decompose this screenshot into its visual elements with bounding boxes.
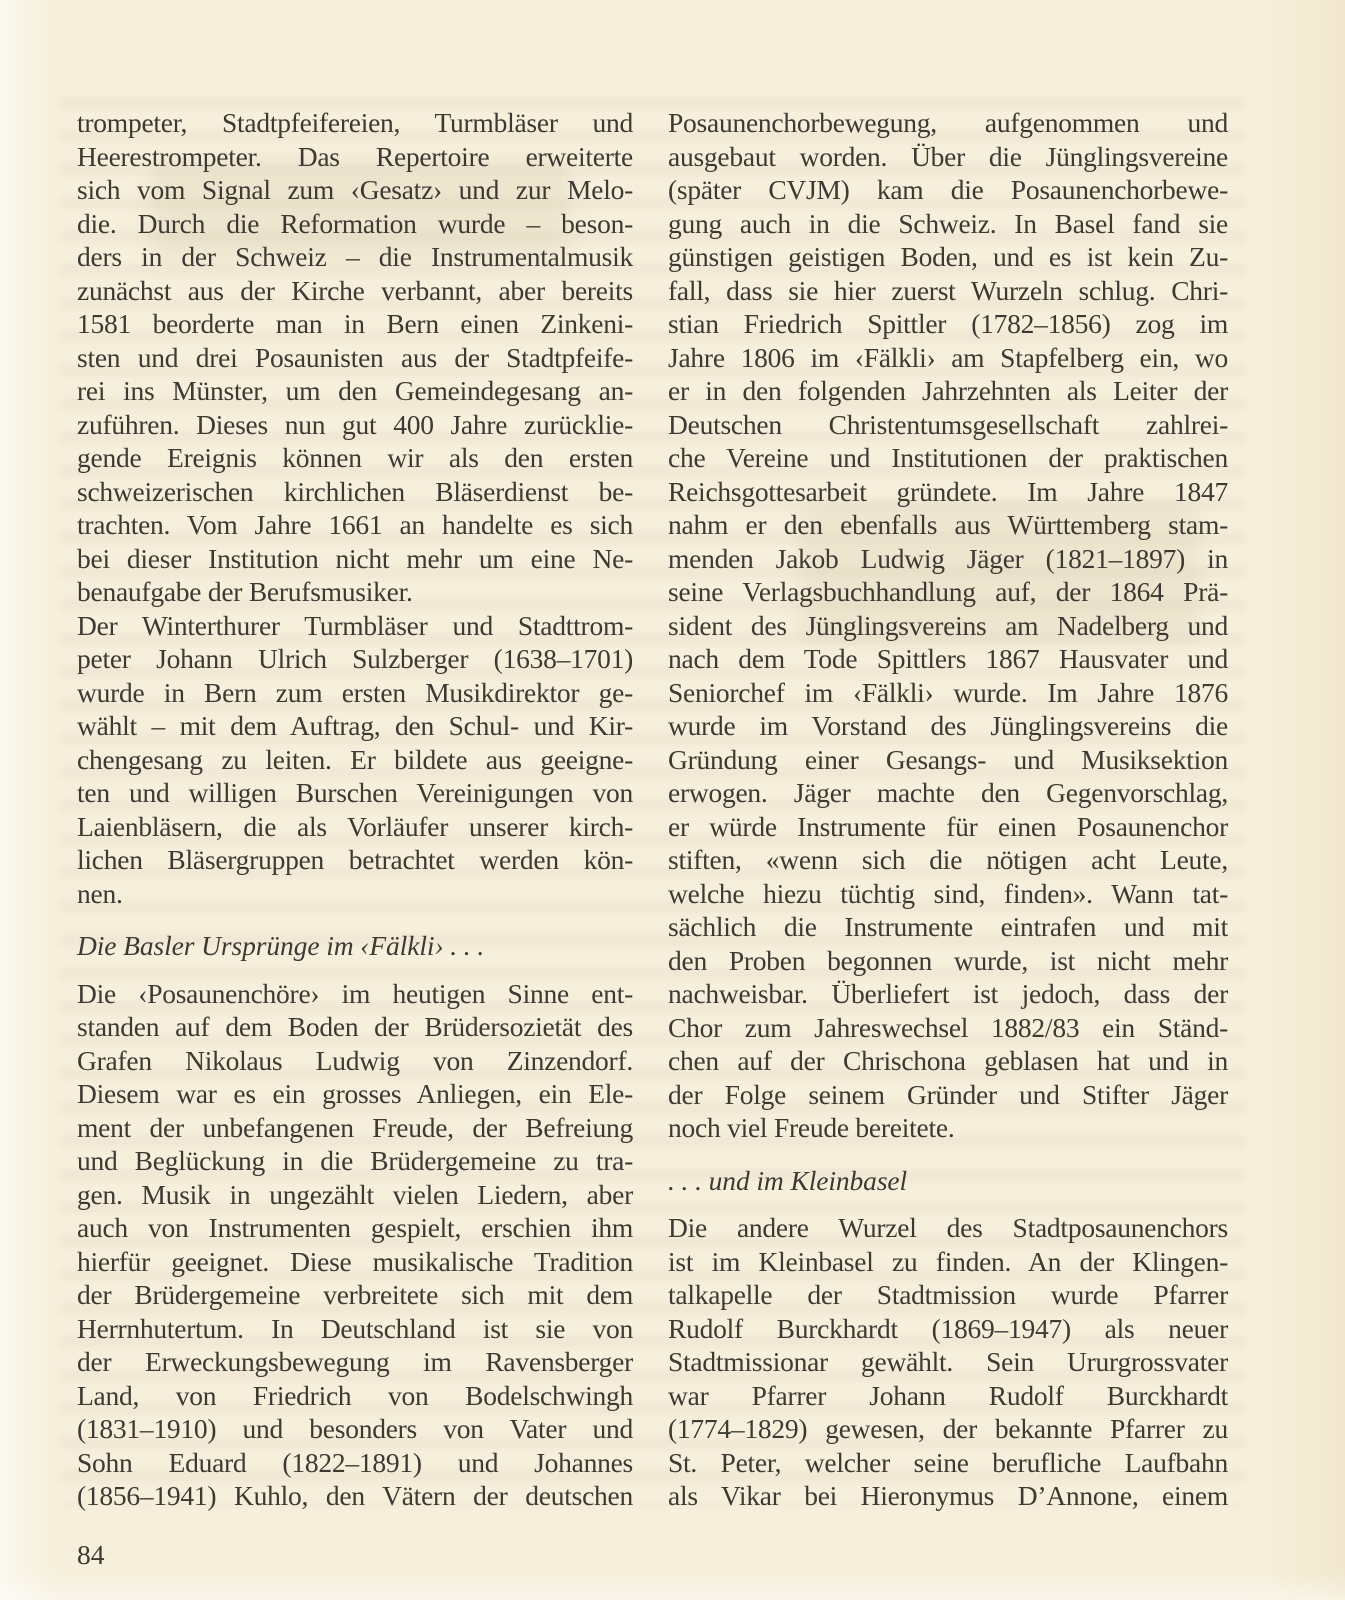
scanned-book-page: { "page": { "number": "84" }, "columns":…: [0, 0, 1345, 1600]
text-line: der Folge seinem Gründer und Stifter Jäg…: [668, 1078, 1228, 1112]
scan-edge-shading-right: [1255, 0, 1345, 1600]
scan-edge-shading-bottom: [0, 1572, 1345, 1600]
text-line: Land, von Friedrich von Bodelschwingh: [77, 1379, 633, 1413]
text-line: Rudolf Burckhardt (1869–1947) als neuer: [668, 1312, 1228, 1346]
text-line: Seniorchef im ‹Fälkli› wurde. Im Jahre 1…: [668, 676, 1228, 710]
text-line: Diesem war es ein grosses Anliegen, ein …: [77, 1077, 633, 1111]
text-line: fall, dass sie hier zuerst Wurzeln schlu…: [668, 274, 1228, 308]
text-line: (1831–1910) und besonders von Vater und: [77, 1412, 633, 1446]
text-line: seine Verlagsbuchhandlung auf, der 1864 …: [668, 575, 1228, 609]
text-line: schweizerischen kirchlichen Bläserdienst…: [77, 475, 633, 509]
text-line: erwogen. Jäger machte den Gegenvorschlag…: [668, 776, 1228, 810]
text-line: sich vom Signal zum ‹Gesatz› und zur Mel…: [77, 173, 633, 207]
text-line: che Vereine und Institutionen der prakti…: [668, 441, 1228, 475]
text-line: wurde im Vorstand des Jünglingsvereins d…: [668, 709, 1228, 743]
right-column: Posaunenchorbewegung, aufgenommen undaus…: [668, 106, 1228, 1513]
text-line: rei ins Münster, um den Gemeindegesang a…: [77, 374, 633, 408]
text-line: der Erweckungsbewegung im Ravensberger: [77, 1345, 633, 1379]
text-line: zunächst aus der Kirche verbannt, aber b…: [77, 274, 633, 308]
scan-edge-shading-left: [0, 0, 55, 1600]
text-line: peter Johann Ulrich Sulzberger (1638–170…: [77, 642, 633, 676]
text-line: stian Friedrich Spittler (1782–1856) zog…: [668, 307, 1228, 341]
text-line: ment der unbefangenen Freude, der Befrei…: [77, 1111, 633, 1145]
text-line: günstigen geistigen Boden, und es ist ke…: [668, 240, 1228, 274]
text-line: Chor zum Jahreswechsel 1882/83 ein Ständ…: [668, 1011, 1228, 1045]
text-line: er würde Instrumente für einen Posaunenc…: [668, 810, 1228, 844]
text-line: nach dem Tode Spittlers 1867 Hausvater u…: [668, 642, 1228, 676]
text-line: stiften, «wenn sich die nötigen acht Leu…: [668, 843, 1228, 877]
text-line: Posaunenchorbewegung, aufgenommen und: [668, 106, 1228, 140]
text-line: (später CVJM) kam die Posaunenchorbewe-: [668, 173, 1228, 207]
text-line: bei dieser Institution nicht mehr um ein…: [77, 542, 633, 576]
left-column: trompeter, Stadtpfeifereien, Turmbläser …: [77, 106, 633, 1513]
text-line: gende Ereignis können wir als den ersten: [77, 441, 633, 475]
text-line: war Pfarrer Johann Rudolf Burckhardt: [668, 1379, 1228, 1413]
text-line: zuführen. Dieses nun gut 400 Jahre zurüc…: [77, 408, 633, 442]
text-line: nachweisbar. Überliefert ist jedoch, das…: [668, 977, 1228, 1011]
text-line: Heerestrompeter. Das Repertoire erweiter…: [77, 140, 633, 174]
text-line: ist im Kleinbasel zu finden. An der Klin…: [668, 1245, 1228, 1279]
text-line: wurde in Bern zum ersten Musikdirektor g…: [77, 676, 633, 710]
text-line: Laienbläsern, die als Vorläufer unserer …: [77, 810, 633, 844]
text-line: auch von Instrumenten gespielt, erschien…: [77, 1211, 633, 1245]
text-line: Sohn Eduard (1822–1891) und Johannes: [77, 1446, 633, 1480]
text-line: wählt – mit dem Auftrag, den Schul- und …: [77, 709, 633, 743]
text-line: sten und drei Posaunisten aus der Stadtp…: [77, 341, 633, 375]
text-line: trompeter, Stadtpfeifereien, Turmbläser …: [77, 106, 633, 140]
text-line: Stadtmissionar gewählt. Sein Ururgrossva…: [668, 1345, 1228, 1379]
text-line: der Brüdergemeine verbreitete sich mit d…: [77, 1278, 633, 1312]
section-heading: . . . und im Kleinbasel: [668, 1164, 1228, 1198]
text-line: lichen Bläsergruppen betrachtet werden k…: [77, 843, 633, 877]
text-line: als Vikar bei Hieronymus D’Annone, einem: [668, 1479, 1228, 1513]
text-line: nen.: [77, 877, 633, 911]
text-line: chen auf der Chrischona geblasen hat und…: [668, 1044, 1228, 1078]
text-line: Der Winterthurer Turmbläser und Stadttro…: [77, 609, 633, 643]
text-line: (1856–1941) Kuhlo, den Vätern der deutsc…: [77, 1479, 633, 1513]
text-line: die. Durch die Reformation wurde – beson…: [77, 207, 633, 241]
text-line: talkapelle der Stadtmission wurde Pfarre…: [668, 1278, 1228, 1312]
text-line: Gründung einer Gesangs- und Musiksektion: [668, 743, 1228, 777]
text-line: ders in der Schweiz – die Instrumentalmu…: [77, 240, 633, 274]
page-number: 84: [77, 1538, 105, 1572]
text-line: und Beglückung in die Brüdergemeine zu t…: [77, 1144, 633, 1178]
text-line: nahm er den ebenfalls aus Württemberg st…: [668, 508, 1228, 542]
text-line: welche hiezu tüchtig sind, finden». Wann…: [668, 877, 1228, 911]
text-line: Reichsgottesarbeit gründete. Im Jahre 18…: [668, 475, 1228, 509]
text-line: er in den folgenden Jahrzehnten als Leit…: [668, 374, 1228, 408]
text-line: Die ‹Posaunenchöre› im heutigen Sinne en…: [77, 977, 633, 1011]
text-line: St. Peter, welcher seine berufliche Lauf…: [668, 1446, 1228, 1480]
text-line: hierfür geeignet. Diese musikalische Tra…: [77, 1245, 633, 1279]
text-line: standen auf dem Boden der Brüdersozietät…: [77, 1010, 633, 1044]
text-line: Herrnhutertum. In Deutschland ist sie vo…: [77, 1312, 633, 1346]
section-heading: Die Basler Ursprünge im ‹Fälkli› . . .: [77, 929, 633, 963]
text-line: trachten. Vom Jahre 1661 an handelte es …: [77, 508, 633, 542]
text-line: ausgebaut worden. Über die Jünglingsvere…: [668, 140, 1228, 174]
text-line: sächlich die Instrumente eintrafen und m…: [668, 910, 1228, 944]
text-line: noch viel Freude bereitete.: [668, 1111, 1228, 1145]
text-line: Die andere Wurzel des Stadtposaunenchors: [668, 1211, 1228, 1245]
text-line: benaufgabe der Berufsmusiker.: [77, 575, 633, 609]
text-line: gung auch in die Schweiz. In Basel fand …: [668, 207, 1228, 241]
text-line: gen. Musik in ungezählt vielen Liedern, …: [77, 1178, 633, 1212]
text-line: Grafen Nikolaus Ludwig von Zinzendorf.: [77, 1044, 633, 1078]
text-line: ten und willigen Burschen Vereinigungen …: [77, 776, 633, 810]
text-line: menden Jakob Ludwig Jäger (1821–1897) in: [668, 542, 1228, 576]
text-line: Deutschen Christentumsgesellschaft zahlr…: [668, 408, 1228, 442]
text-line: (1774–1829) gewesen, der bekannte Pfarre…: [668, 1412, 1228, 1446]
text-line: 1581 beorderte man in Bern einen Zinkeni…: [77, 307, 633, 341]
text-line: Jahre 1806 im ‹Fälkli› am Stapfelberg ei…: [668, 341, 1228, 375]
text-line: chengesang zu leiten. Er bildete aus gee…: [77, 743, 633, 777]
two-column-text-block: trompeter, Stadtpfeifereien, Turmbläser …: [77, 106, 1228, 1513]
text-line: den Proben begonnen wurde, ist nicht meh…: [668, 944, 1228, 978]
text-line: sident des Jünglingsvereins am Nadelberg…: [668, 609, 1228, 643]
